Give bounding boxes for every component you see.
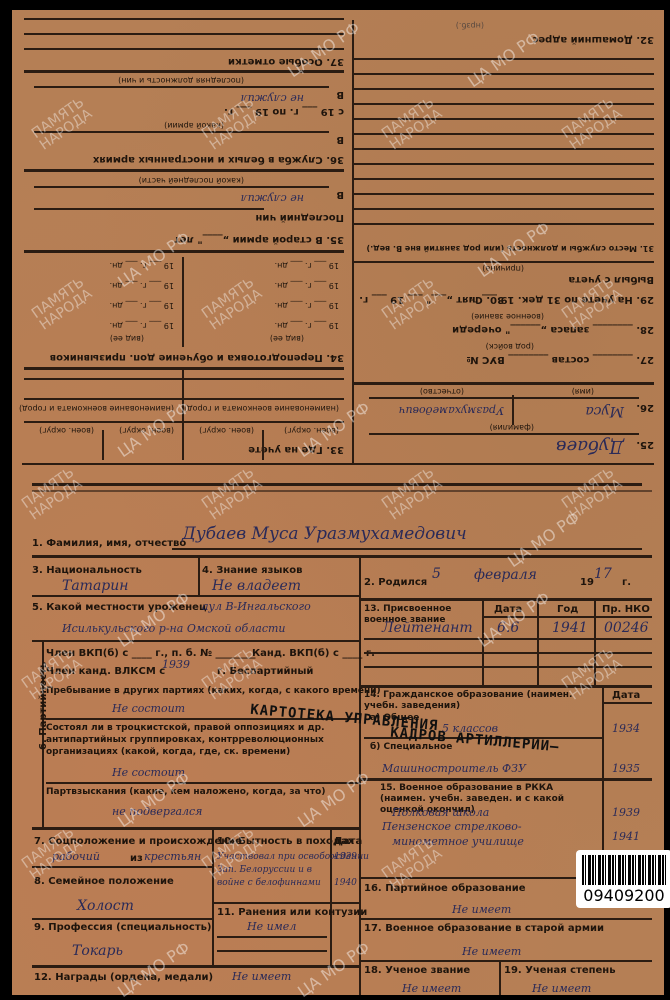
academic-title-label: 18. Ученое звание (364, 965, 470, 976)
born-day: 5 (432, 566, 441, 582)
watermark-archive: ЦА МО РФ (114, 938, 193, 1000)
other-parties-label: Пребывание в других партиях (каких, когд… (46, 686, 381, 696)
dropped-label: Выбыл с учета (568, 274, 654, 285)
family-value: Холост (77, 898, 134, 914)
old-army-unit-hint: (какой последней части) (139, 176, 244, 185)
special-edu-date: 1935 (612, 762, 640, 775)
birthplace-value-1: аул В-Ингальского (202, 600, 311, 613)
general-edu-date: 1934 (612, 722, 640, 735)
party-edu-value: Не имеет (452, 903, 511, 916)
watermark-archive: ЦА МО РФ (294, 938, 373, 1000)
party-member-label: Член ВКП(б) с ____ г., п. б. № ________ (46, 648, 256, 659)
service-place-label: 31. Место службы и должность (или род за… (367, 244, 655, 253)
komsomol-label: Член канд. ВЛКСМ с (46, 666, 165, 677)
retraining-row: 19 ___ г. ___ дн. (275, 301, 339, 310)
military-edu-row-2: минометное училище (392, 835, 524, 848)
retraining-row: 19 ___ г. ___ дн. (110, 301, 174, 310)
name-field-label: 26. (636, 402, 654, 413)
profession-label: 9. Профессия (специальность) (34, 922, 212, 933)
foreign-service-which-army: (какой армии) (164, 121, 224, 130)
surname-field-label: 25. (636, 439, 654, 450)
old-army-edu-label: 17. Военное образование в старой армии (364, 923, 604, 934)
rank-header-year: Год (557, 604, 578, 615)
reserve-label: 28. ________ запаса „______" очереди (452, 324, 654, 335)
campaign-text-2: войне с белофиннами (217, 878, 321, 888)
district-hint-1: (воен. округ) (284, 426, 339, 435)
removed-label: 30. Снят „___" ___ 19 ___ г. (359, 294, 504, 305)
military-edu-row-0: Полковая школа (392, 806, 489, 819)
wounds-value: Не имел (247, 920, 296, 933)
retraining-row: 19 ___ г. ___ дн. (275, 281, 339, 290)
foreign-service-dates: с 19 ___ г. по 19 ___ г. (224, 106, 344, 117)
academic-title-value: Не имеет (402, 982, 461, 995)
foreign-service-in2: В (336, 89, 344, 100)
old-army-handwritten: не служил (241, 192, 304, 205)
komsomol-year: 1939 (162, 658, 190, 671)
penalties-label: Партвзыскания (какие, кем наложено, когд… (46, 787, 325, 797)
military-edu-row-1: Пензенское стрелково- (382, 820, 522, 833)
barcode-bars (582, 855, 666, 885)
district-hint-3: (воен. округ) (119, 426, 174, 435)
registration-card: 25. Дубаев (фамилия) 26. Муса Уразмухаме… (12, 10, 664, 995)
retraining-row: 19 ___ г. ___ дн. (275, 261, 339, 270)
upper-half-inverted: 25. Дубаев (фамилия) 26. Муса Уразмухаме… (12, 10, 664, 485)
fio-label: 1. Фамилия, имя, отчество (32, 538, 186, 549)
campaigns-date-header: Дата (334, 836, 362, 847)
rank-order: 00246 (604, 620, 649, 636)
social-origin: крестьян (144, 850, 201, 863)
composition-label: 27. ________ состав ________ ВУС № (467, 354, 654, 365)
foreign-service-in: В (336, 134, 344, 145)
awards-label: 12. Награды (ордена, медали) (34, 972, 213, 983)
barcode-number: 09409200 (576, 886, 670, 905)
birthplace-value-2: Исилькульского р-на Омской области (62, 622, 286, 635)
wounds-label: 11. Ранения или контузии (217, 907, 367, 918)
born-year-prefix: 19 (580, 577, 594, 588)
surname-handwritten: Дубаев (556, 436, 624, 457)
foreign-service-position: (последняя должность и чин) (118, 76, 244, 85)
birthplace-label: 5. Какой местности уроженец (32, 602, 206, 613)
retraining-label: 34. Переподготовка и обучение доп. призы… (50, 352, 344, 363)
fio-value: Дубаев Муса Уразмухамедович (182, 524, 467, 544)
civil-edu-label: 14. Гражданское образование (наимен. уче… (364, 690, 594, 712)
special-edu-value: Машиностроитель ФЗУ (382, 762, 526, 775)
rank-year: 1941 (552, 620, 588, 636)
rank-value: Лейтенант (382, 620, 473, 636)
born-year-end: г. (622, 577, 631, 588)
awards-value: Не имеет (232, 970, 291, 983)
family-label: 8. Семейное положение (34, 876, 174, 887)
penalties-value: не подвергался (112, 805, 202, 818)
academic-degree-value: Не имеет (532, 982, 591, 995)
patronymic-handwritten: Уразмухамедович (399, 404, 504, 417)
commissariat-hint-2: (наименование военкомата и город) (19, 404, 174, 413)
social-from: из (130, 853, 143, 864)
retraining-row: 19 ___ г. ___ дн. (110, 321, 174, 330)
retraining-type-hint-2: (вид ее) (110, 334, 144, 343)
academic-degree-label: 19. Ученая степень (504, 965, 616, 976)
old-army-edu-value: Не имеет (462, 945, 521, 958)
rank-header-date: Дата (494, 604, 522, 615)
commissariat-hint-1: (наименование военкомата и город) (184, 404, 339, 413)
born-year-suffix: 17 (594, 566, 612, 582)
troop-type-hint: (род войск) (486, 342, 534, 351)
military-edu-date-2: 1941 (612, 830, 640, 843)
watermark-archive: ЦА МО РФ (114, 588, 193, 651)
barcode-label: 09409200 (576, 850, 670, 908)
district-hint-4: (воен. округ) (39, 426, 94, 435)
profession-value: Токарь (72, 943, 123, 959)
patronymic-hint: (отчество) (420, 387, 464, 396)
retraining-row: 19 ___ г. ___ дн. (275, 321, 339, 330)
retraining-row: 19 ___ г. ___ дн. (110, 281, 174, 290)
born-label: 2. Родился (364, 577, 427, 588)
languages-label: 4. Знание языков (202, 565, 302, 576)
retraining-row: 19 ___ г. ___ дн. (110, 261, 174, 270)
pencil-note: (нрзб.) (456, 21, 484, 30)
rank-date: 6.6 (497, 620, 519, 636)
opposition-label: Состоял ли в троцкистской, правой оппози… (46, 722, 356, 758)
military-rank-hint: (военное звание) (471, 312, 544, 321)
born-month: февраля (474, 567, 537, 583)
rank-header-order: Пр. НКО (602, 604, 650, 615)
old-army-in: В (336, 189, 344, 200)
nationality-label: 3. Национальность (32, 565, 142, 576)
retraining-type-hint-1: (вид ее) (270, 334, 304, 343)
languages-value: Не владеет (212, 578, 301, 594)
name-hint: (имя) (572, 387, 594, 396)
nonparty-label: г. Беспартийный (217, 666, 313, 677)
special-notes-label: 37. Особые отметки (228, 56, 344, 67)
domestic-address-label: 32. Домашний адрес (532, 34, 654, 45)
social-value: рабочий (52, 850, 100, 863)
campaign-text-1: Зап. Белоруссии и в (217, 865, 312, 875)
campaign-date-0: 1939 (334, 852, 357, 862)
foreign-service-label: 36. Служба в белых и иностранных армиях (93, 154, 344, 165)
opposition-value: Не состоит (112, 766, 185, 779)
nationality-value: Татарин (62, 578, 129, 594)
fold-line (32, 483, 642, 486)
civil-edu-date-header: Дата (612, 690, 640, 701)
campaign-date-2: 1940 (334, 878, 357, 888)
party-candidate-label: Канд. ВКП(б) с ____ г. (252, 648, 375, 659)
other-parties-value: Не состоит (112, 702, 185, 715)
foreign-service-handwritten: не служил (241, 92, 304, 105)
military-edu-date-0: 1939 (612, 806, 640, 819)
party-edu-label: 16. Партийное образование (364, 883, 526, 894)
old-army-last-rank: Последний чин (255, 212, 344, 223)
district-hint-2: (воен. округ) (199, 426, 254, 435)
name-handwritten: Муса (585, 403, 624, 419)
old-army-label: 35. В старой армии „____" лет (174, 234, 344, 245)
social-label: 7. Соцположение и происхождение (34, 836, 242, 847)
watermark-archive: ЦА МО РФ (504, 508, 583, 571)
reason-hint: (причина) (482, 264, 524, 273)
